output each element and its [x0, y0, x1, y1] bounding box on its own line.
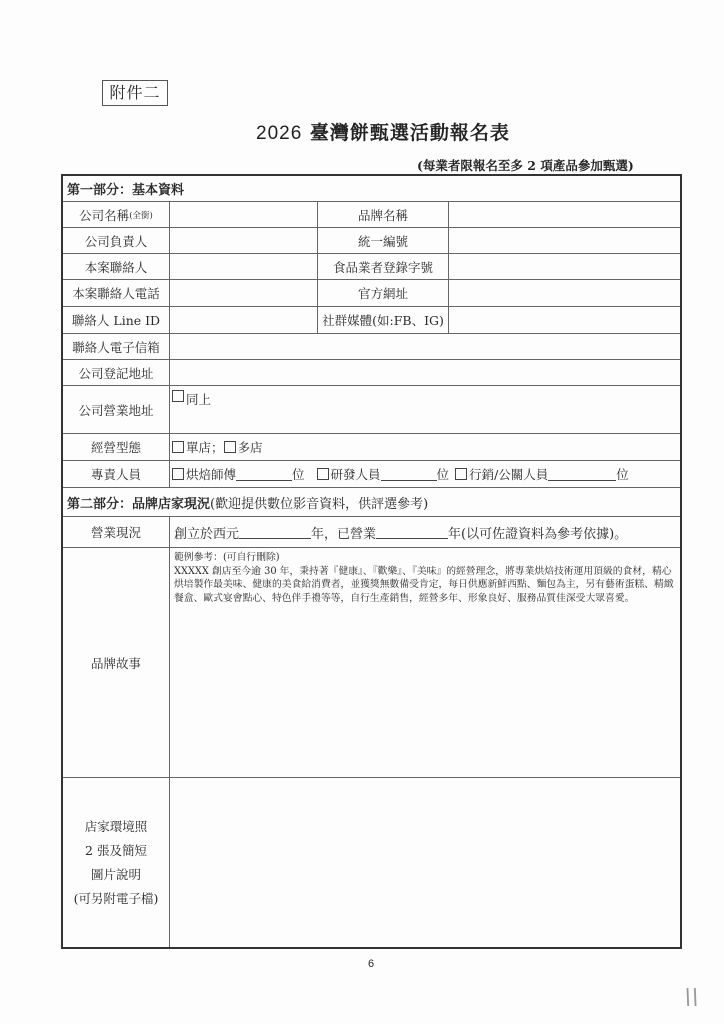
- founded-year-input[interactable]: [239, 526, 311, 539]
- field-label: 公司登記地址: [63, 360, 169, 385]
- food-registration-input[interactable]: [448, 254, 680, 279]
- field-label: 經營型態: [63, 434, 169, 460]
- field-label: 聯絡人 Line ID: [63, 307, 169, 333]
- label-line: 店家環境照: [85, 815, 148, 839]
- table-row: 公司名稱(全銜) 品牌名稱: [63, 201, 680, 227]
- table-row: 聯絡人 Line ID 社群媒體(如:FB、IG): [63, 306, 680, 333]
- separator: ；: [211, 438, 224, 456]
- unit-label: 位: [437, 465, 450, 483]
- multi-store-checkbox[interactable]: [224, 441, 236, 453]
- years-operating-input[interactable]: [376, 526, 448, 539]
- checkbox-label: 多店: [238, 438, 263, 456]
- baker-checkbox[interactable]: [172, 468, 184, 480]
- store-photos-area[interactable]: [169, 778, 680, 947]
- example-heading: 範例參考：(可自行刪除): [174, 551, 676, 565]
- field-label: 本案聯絡人電話: [63, 280, 169, 306]
- field-label: 食品業者登錄字號: [317, 254, 448, 279]
- field-label: 官方網址: [317, 280, 448, 306]
- field-label: 品牌名稱: [317, 202, 448, 227]
- label-line: (可另附電子檔): [74, 887, 159, 911]
- rd-checkbox[interactable]: [317, 468, 329, 480]
- part1-header-row: 第一部分：基本資料: [63, 176, 680, 201]
- part2-header-bold: 第二部分：品牌店家現況: [67, 493, 210, 512]
- title-text: 臺灣餅甄選活動報名表: [310, 122, 510, 144]
- table-row: 品牌故事 範例參考：(可自行刪除) XXXXX 創店至今逾 30 年，秉持著『健…: [63, 547, 680, 777]
- registration-form-table: 第一部分：基本資料 公司名稱(全銜) 品牌名稱 公司負責人 統一編號 本案聯絡人…: [61, 174, 682, 949]
- field-label: 公司負責人: [63, 228, 169, 253]
- field-label: 本案聯絡人: [63, 254, 169, 279]
- status-suffix: 年(以可佐證資料為參考依據)。: [448, 523, 627, 542]
- line-id-input[interactable]: [169, 307, 317, 333]
- checkbox-label: 同上: [186, 390, 211, 408]
- form-title: 2026 臺灣餅甄選活動報名表: [256, 118, 510, 145]
- field-label: 公司名稱(全銜): [63, 202, 169, 227]
- field-label: 聯絡人電子信箱: [63, 334, 169, 359]
- unit-label: 位: [616, 465, 629, 483]
- marketing-count-input[interactable]: [548, 468, 616, 481]
- table-row: 專責人員 烘焙師傅 位 研發人員 位 行銷/公關人員 位: [63, 460, 680, 487]
- part2-header-note: (歡迎提供數位影音資料，供評選參考): [210, 493, 428, 512]
- part1-header: 第一部分：基本資料: [63, 176, 680, 201]
- label-note: (全銜): [129, 209, 153, 221]
- single-store-checkbox[interactable]: [172, 441, 184, 453]
- form-subtitle: (每業者限報名至多 2 項產品參加甄選): [417, 156, 634, 174]
- field-label: 公司營業地址: [63, 386, 169, 433]
- handwritten-mark: \\: [681, 985, 703, 1010]
- baker-count-input[interactable]: [236, 468, 292, 481]
- business-type-options: 單店 ； 多店: [169, 434, 680, 460]
- brand-name-input[interactable]: [448, 202, 680, 227]
- table-row: 本案聯絡人 食品業者登錄字號: [63, 253, 680, 279]
- status-prefix: 創立於西元: [174, 523, 239, 542]
- page-number: 6: [368, 958, 374, 970]
- rd-count-input[interactable]: [381, 468, 437, 481]
- table-row: 公司登記地址: [63, 359, 680, 385]
- unit-label: 位: [292, 465, 305, 483]
- business-status-fields: 創立於西元 年，已營業 年(以可佐證資料為參考依據)。: [169, 517, 680, 547]
- email-input[interactable]: [169, 334, 680, 359]
- field-label: 統一編號: [317, 228, 448, 253]
- staff-fields: 烘焙師傅 位 研發人員 位 行銷/公關人員 位: [169, 461, 680, 487]
- brand-story-textarea[interactable]: 範例參考：(可自行刪除) XXXXX 創店至今逾 30 年，秉持著『健康』、『歡…: [169, 548, 680, 777]
- table-row: 經營型態 單店 ； 多店: [63, 433, 680, 460]
- same-as-above-checkbox[interactable]: [172, 390, 184, 402]
- checkbox-label: 研發人員: [331, 465, 381, 483]
- company-owner-input[interactable]: [169, 228, 317, 253]
- field-label: 店家環境照 2 張及簡短 圖片說明 (可另附電子檔): [63, 778, 169, 947]
- title-year: 2026: [256, 123, 302, 144]
- table-row: 本案聯絡人電話 官方網址: [63, 279, 680, 306]
- field-label: 營業現況: [63, 517, 169, 547]
- field-label: 專責人員: [63, 461, 169, 487]
- field-label: 社群媒體(如:FB、IG): [317, 307, 448, 333]
- contact-phone-input[interactable]: [169, 280, 317, 306]
- contact-person-input[interactable]: [169, 254, 317, 279]
- table-row: 營業現況 創立於西元 年，已營業 年(以可佐證資料為參考依據)。: [63, 516, 680, 547]
- status-mid: 年，已營業: [311, 523, 376, 542]
- website-input[interactable]: [448, 280, 680, 306]
- label-text: 公司名稱: [79, 206, 129, 224]
- table-row: 聯絡人電子信箱: [63, 333, 680, 359]
- company-name-input[interactable]: [169, 202, 317, 227]
- example-text: XXXXX 創店至今逾 30 年，秉持著『健康』、『歡樂』、『美味』的經營理念，…: [174, 565, 676, 606]
- label-line: 圖片說明: [91, 863, 141, 887]
- checkbox-label: 行銷/公關人員: [469, 465, 548, 483]
- table-row: 公司負責人 統一編號: [63, 227, 680, 253]
- checkbox-label: 單店: [186, 438, 211, 456]
- label-line: 2 張及簡短: [85, 839, 147, 863]
- business-address-input[interactable]: 同上: [169, 386, 680, 433]
- table-row: 店家環境照 2 張及簡短 圖片說明 (可另附電子檔): [63, 777, 680, 947]
- tax-id-input[interactable]: [448, 228, 680, 253]
- checkbox-label: 烘焙師傅: [186, 465, 236, 483]
- field-label: 品牌故事: [63, 548, 169, 777]
- table-row: 公司營業地址 同上: [63, 385, 680, 433]
- social-media-input[interactable]: [448, 307, 680, 333]
- part2-header-row: 第二部分：品牌店家現況(歡迎提供數位影音資料，供評選參考): [63, 487, 680, 516]
- marketing-checkbox[interactable]: [455, 468, 467, 480]
- registered-address-input[interactable]: [169, 360, 680, 385]
- part2-header: 第二部分：品牌店家現況(歡迎提供數位影音資料，供評選參考): [63, 488, 680, 516]
- attachment-label: 附件二: [102, 80, 168, 106]
